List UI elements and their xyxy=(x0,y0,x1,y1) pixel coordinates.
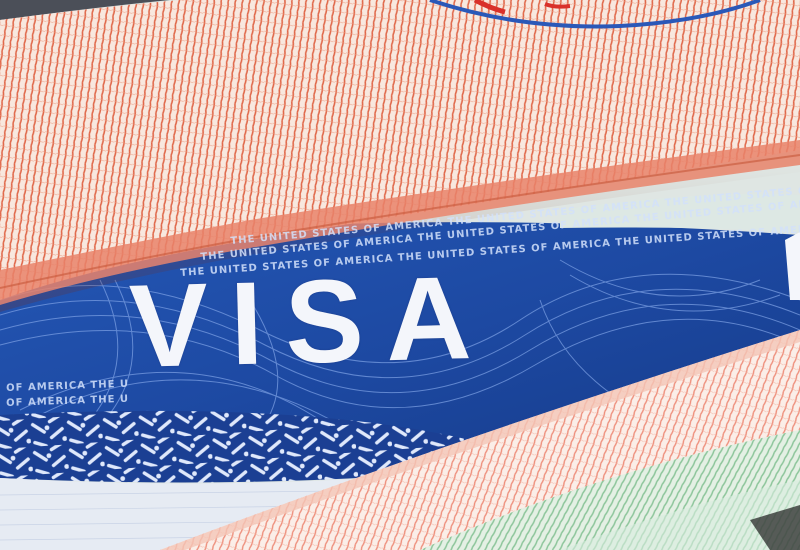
visa-photo: THE UNITED STATES OF AMERICA THE UNITED … xyxy=(0,0,800,550)
visa-heading: VISA xyxy=(128,258,494,385)
